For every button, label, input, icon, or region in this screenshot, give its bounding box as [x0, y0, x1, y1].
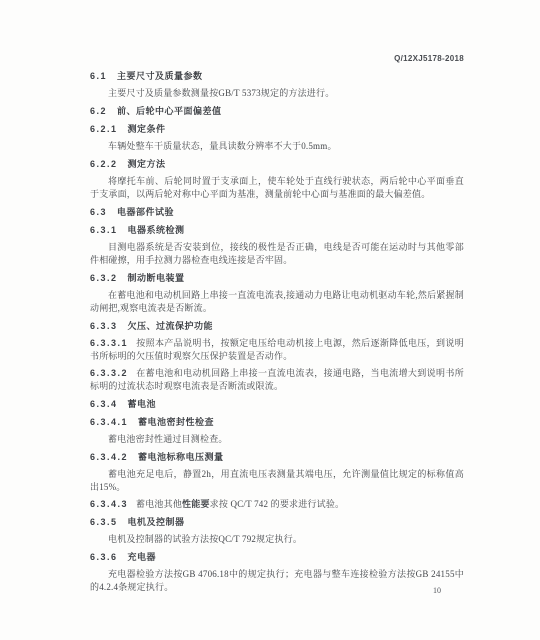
heading-6-3-5: 6.3.5电机及控制器 [90, 516, 464, 529]
heading-title: 电器部件试验 [117, 207, 174, 217]
heading-6-3-4-1: 6.3.4.1蓄电池密封性检查 [90, 416, 464, 429]
clause-text: 蓄电池其他 [136, 499, 182, 509]
heading-6-2: 6.2前、后轮中心平面偏差值 [90, 105, 464, 118]
numbered-para-6-3-3-2: 6.3.3.2在蓄电池和电动机回路上串接一直流电流表，接通电路，当电流增大到说明… [90, 367, 464, 393]
para-6-3-4-2: 蓄电池充足电后，静置2h，用直流电压表测量其端电压，允许测量值比规定的标称值高出… [90, 468, 464, 494]
para-6-3-4-1: 蓄电池密封性通过目测检查。 [90, 433, 464, 446]
heading-number: 6.2.1 [90, 124, 118, 134]
heading-6-3-3: 6.3.3欠压、过流保护功能 [90, 320, 464, 333]
heading-number: 6.3.1 [90, 225, 118, 235]
para-6-3-2: 在蓄电池和电动机回路上串接一直流电流表,接通动力电路让电动机驱动车轮,然后紧握制… [90, 289, 464, 315]
heading-6-3-1: 6.3.1电器系统检测 [90, 224, 464, 237]
heading-title: 主要尺寸及质量参数 [117, 71, 203, 81]
para-6-3-1: 目测电器系统是否安装到位，接线的极性是否正确，电线是否可能在运动时与其他零部件相… [90, 241, 464, 267]
heading-title: 测定方法 [128, 159, 166, 169]
heading-title: 蓄电池标称电压测量 [138, 452, 224, 462]
heading-number: 6.2 [90, 106, 107, 116]
heading-title: 电机及控制器 [128, 517, 185, 527]
clause-text: 在蓄电池和电动机回路上串接一直流电流表，接通电路，当电流增大到说明书所标明的过流… [90, 368, 464, 391]
heading-title: 充电器 [128, 552, 157, 562]
heading-number: 6.3.2 [90, 273, 118, 283]
para-6-2-2: 将摩托车前、后轮同时置于支承面上，使车轮处于直线行驶状态，两后轮中心平面垂直于支… [90, 175, 464, 201]
heading-number: 6.3.3 [90, 321, 118, 331]
heading-6-2-1: 6.2.1测定条件 [90, 123, 464, 136]
heading-number: 6.3.6 [90, 552, 118, 562]
numbered-para-6-3-3-1: 6.3.3.1按照本产品说明书，按额定电压给电动机接上电源，然后逐渐降低电压，到… [90, 337, 464, 363]
heading-title: 测定条件 [128, 124, 166, 134]
clause-number: 6.3.3.2 [90, 368, 128, 378]
clause-number: 6.3.4.3 [90, 499, 128, 509]
heading-number: 6.3.4.1 [90, 417, 128, 427]
document-content: Q/12XJ5178-2018 6.1主要尺寸及质量参数 主要尺寸及质量参数测量… [90, 54, 464, 594]
clause-text: 按照本产品说明书，按额定电压给电动机接上电源，然后逐渐降低电压，到说明书所标明的… [90, 338, 464, 361]
heading-6-3-6: 6.3.6充电器 [90, 551, 464, 564]
heading-6-2-2: 6.2.2测定方法 [90, 158, 464, 171]
para-6-3-5: 电机及控制器的试验方法按QC/T 792规定执行。 [90, 533, 464, 546]
heading-title: 制动断电装置 [128, 273, 185, 283]
heading-title: 欠压、过流保护功能 [128, 321, 214, 331]
heading-6-3-4: 6.3.4蓄电池 [90, 398, 464, 411]
standard-number-header: Q/12XJ5178-2018 [90, 54, 464, 63]
clause-text-bold: 性能要 [182, 499, 210, 509]
heading-number: 6.3 [90, 207, 107, 217]
heading-number: 6.3.4 [90, 399, 118, 409]
heading-number: 6.1 [90, 71, 107, 81]
heading-number: 6.2.2 [90, 159, 118, 169]
heading-number: 6.3.4.2 [90, 452, 128, 462]
heading-title: 前、后轮中心平面偏差值 [117, 106, 222, 116]
heading-number: 6.3.5 [90, 517, 118, 527]
heading-6-1: 6.1主要尺寸及质量参数 [90, 70, 464, 83]
page-number: 10 [433, 586, 441, 595]
heading-title: 蓄电池 [128, 399, 157, 409]
para-6-1: 主要尺寸及质量参数测量按GB/T 5373规定的方法进行。 [90, 87, 464, 100]
heading-6-3: 6.3电器部件试验 [90, 206, 464, 219]
heading-title: 电器系统检测 [128, 225, 185, 235]
document-page: Q/12XJ5178-2018 6.1主要尺寸及质量参数 主要尺寸及质量参数测量… [0, 0, 540, 640]
heading-6-3-2: 6.3.2制动断电装置 [90, 272, 464, 285]
clause-text: 求按 QC/T 742 的要求进行试验。 [210, 499, 345, 509]
numbered-para-6-3-4-3: 6.3.4.3蓄电池其他性能要求按 QC/T 742 的要求进行试验。 [90, 498, 464, 511]
para-6-2-1: 车辆处整车干质量状态，量具读数分辨率不大于0.5mm。 [90, 140, 464, 153]
para-6-3-6: 充电器检验方法按GB 4706.18中的规定执行；充电器与整车连接检验方法按GB… [90, 568, 464, 594]
heading-title: 蓄电池密封性检查 [138, 417, 214, 427]
clause-number: 6.3.3.1 [90, 338, 128, 348]
heading-6-3-4-2: 6.3.4.2蓄电池标称电压测量 [90, 451, 464, 464]
